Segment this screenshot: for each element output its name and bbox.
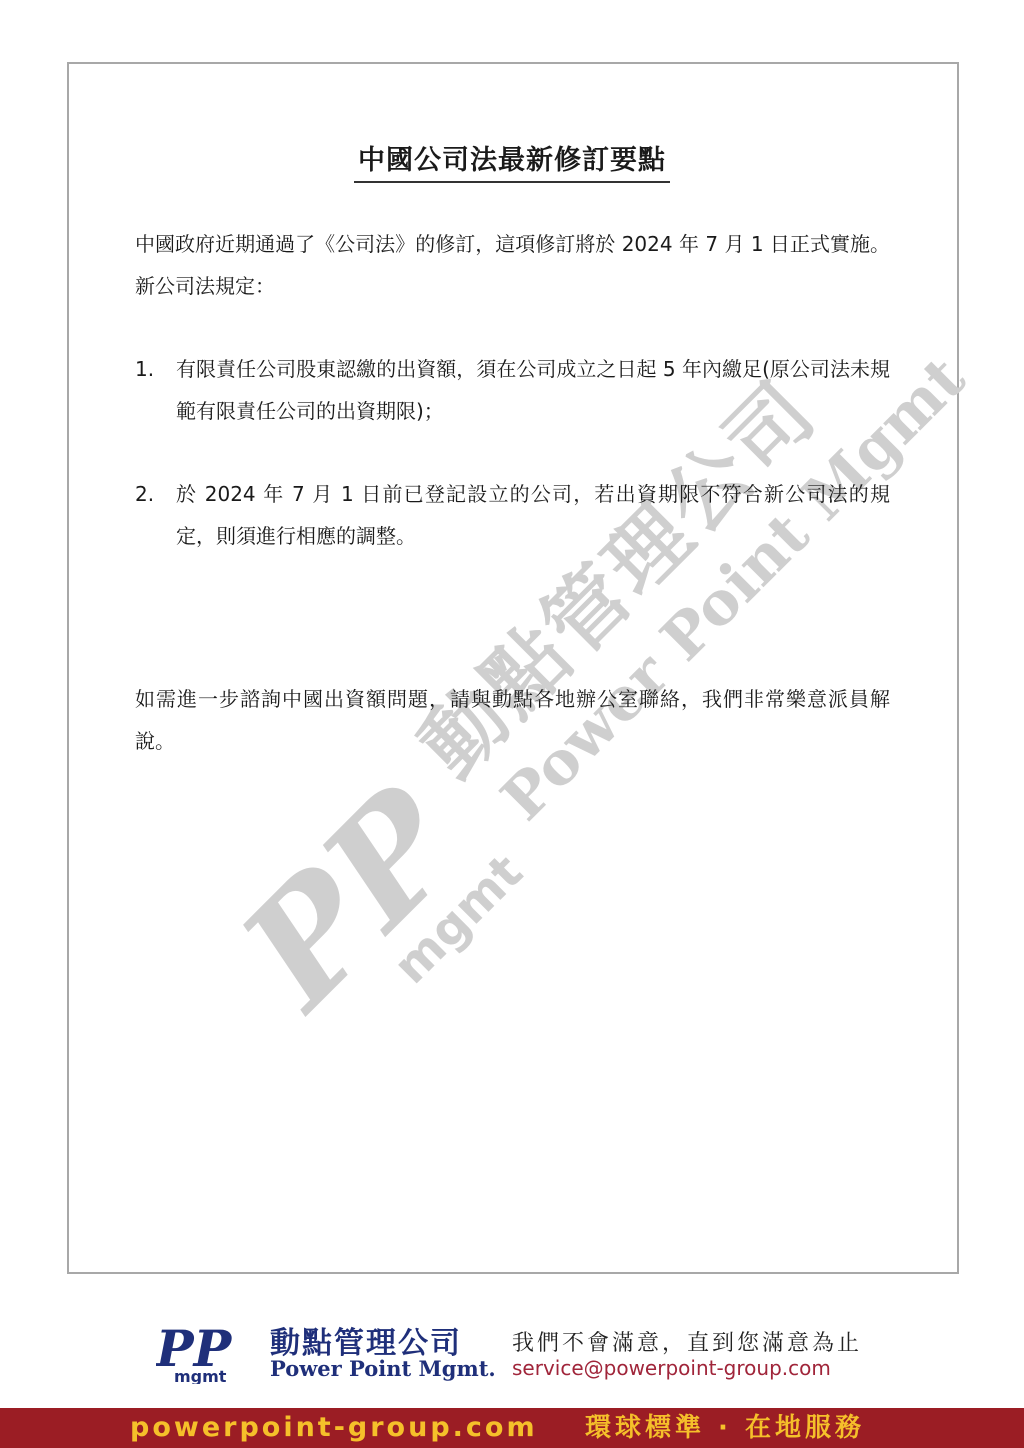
company-logo-icon: PP mgmt (156, 1322, 256, 1384)
list-text: 於 2024 年 7 月 1 日前已登記設立的公司，若出資期限不符合新公司法的規… (176, 473, 890, 557)
tagline: 環球標準 · 在地服務 (585, 1408, 865, 1448)
list-item: 1. 有限責任公司股東認繳的出資額，須在公司成立之日起 5 年內繳足(原公司法未… (135, 348, 890, 432)
title-text: 中國公司法最新修訂要點 (354, 138, 670, 183)
list-item: 2. 於 2024 年 7 月 1 日前已登記設立的公司，若出資期限不符合新公司… (135, 473, 890, 557)
company-name-en: Power Point Mgmt. (270, 1356, 496, 1381)
list-number: 2. (135, 473, 175, 515)
list-text: 有限責任公司股東認繳的出資額，須在公司成立之日起 5 年內繳足(原公司法未規範有… (176, 348, 890, 432)
document-title: 中國公司法最新修訂要點 (0, 138, 1024, 183)
svg-text:mgmt: mgmt (174, 1367, 227, 1384)
list-number: 1. (135, 348, 175, 390)
website-link[interactable]: powerpoint-group.com (130, 1408, 538, 1448)
closing-paragraph: 如需進一步諮詢中國出資額問題，請與動點各地辦公室聯絡，我們非常樂意派員解說。 (135, 678, 890, 762)
slogan: 我們不會滿意，直到您滿意為止 (512, 1326, 862, 1357)
intro-paragraph: 中國政府近期通過了《公司法》的修訂，這項修訂將於 2024 年 7 月 1 日正… (135, 223, 890, 307)
email-link[interactable]: service@powerpoint-group.com (512, 1356, 831, 1380)
